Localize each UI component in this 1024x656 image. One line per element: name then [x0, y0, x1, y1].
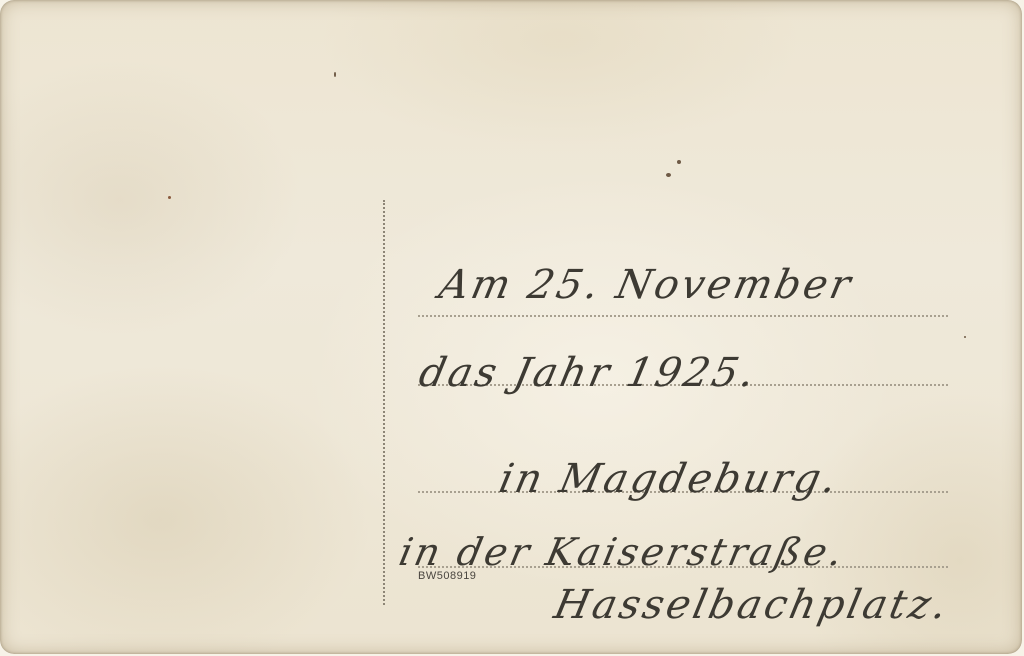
handwriting-line-1: Am 25. November: [435, 262, 857, 308]
handwriting-line-5: Hasselbachplatz.: [550, 582, 954, 628]
address-divider-line: [383, 200, 385, 605]
stain-speck: [334, 72, 336, 77]
stain-speck: [677, 160, 681, 164]
handwriting-line-2: das Jahr 1925.: [415, 350, 761, 396]
stain-speck: [168, 196, 171, 199]
postcard-back: Am 25. November das Jahr 1925. in Magdeb…: [0, 0, 1022, 654]
printed-code: BW508919: [418, 570, 476, 582]
stain-speck: [666, 173, 671, 177]
handwriting-line-3: in Magdeburg.: [495, 456, 844, 502]
handwriting-line-4: in der Kaiserstraße.: [395, 530, 849, 574]
stain-speck: [964, 336, 966, 338]
address-line-1: [418, 315, 948, 317]
